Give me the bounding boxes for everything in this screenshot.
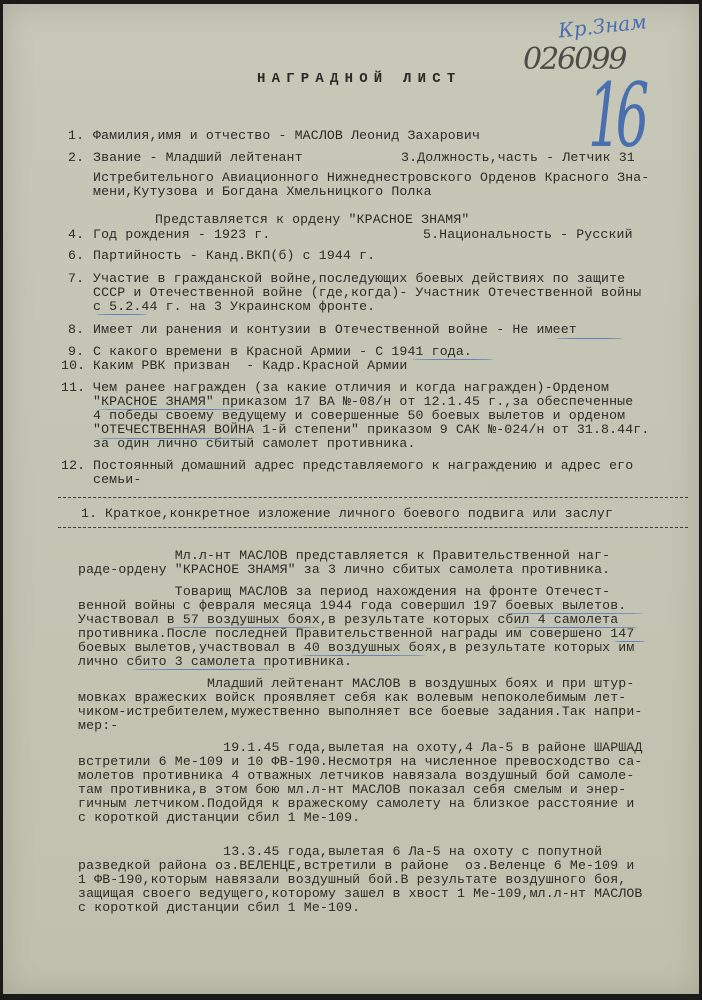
pencil-underline: [133, 669, 273, 670]
field-4-num: 4.: [68, 228, 84, 242]
field-11-line-4: "ОТЕЧЕСТВЕННАЯ ВОЙНА 1-й степени" приказ…: [93, 423, 649, 437]
field-6-party: Партийность - Канд.ВКП(б) с 1944 г.: [93, 249, 375, 263]
narrative-p5-line-5: с короткой дистанции сбил 1 Ме-109.: [78, 901, 360, 915]
pencil-underline: [556, 338, 622, 339]
field-10-drafted-by: Каким РВК призван - Кадр.Красной Армии: [93, 359, 408, 373]
field-3-num: 3.: [401, 150, 417, 165]
field-2-rank: Звание - Младший лейтенант: [93, 151, 303, 165]
field-1-full-name: Фамилия,имя и отчество - МАСЛОВ Леонид З…: [93, 129, 480, 143]
narrative-p5-line-2: разведкой района оз.ВЕЛЕНЦЕ,встретили в …: [78, 859, 634, 873]
pencil-underline: [98, 438, 248, 439]
field-5-num: 5.: [423, 227, 439, 242]
field-12-num: 12.: [61, 459, 85, 473]
field-3-unit-line-2: мени,Кутузова и Богдана Хмельницкого Пол…: [93, 185, 432, 199]
section-heading: Краткое,конкретное изложение личного бое…: [105, 507, 613, 521]
pencil-underline: [615, 641, 645, 642]
section-num: 1.: [81, 507, 97, 521]
narrative-p4-line-5: гичным летчиком.Подойдя к вражескому сам…: [78, 797, 634, 811]
narrative-p2-line-4: противника.После последней Правительстве…: [78, 627, 634, 641]
pencil-underline: [97, 314, 147, 315]
pencil-underline: [303, 655, 425, 656]
narrative-p4-line-2: встретили 6 Ме-109 и 10 ФВ-190.Несмотря …: [78, 755, 642, 769]
narrative-p3-line-4: мер:-: [78, 719, 118, 733]
field-3-position: 3.Должность,часть - Летчик 31: [401, 151, 635, 165]
narrative-p2-line-5: боевых вылетов,участвовал в 40 воздушных…: [78, 641, 634, 655]
field-9-num: 9.: [68, 345, 84, 359]
field-3-text: Должность,часть - Летчик 31: [417, 150, 635, 165]
field-11-line-5: за один лично сбитый самолет противника.: [93, 437, 416, 451]
pencil-underline: [513, 627, 638, 628]
pencil-underline: [413, 359, 493, 360]
narrative-p2-line-6: лично сбито 3 самолета противника.: [78, 655, 352, 669]
pencil-underline: [503, 613, 643, 614]
narrative-p4-line-1: 19.1.45 года,вылетая на охоту,4 Ла-5 в р…: [78, 741, 642, 755]
narrative-p3-line-1: Младший лейтенант МАСЛОВ в воздушных боя…: [78, 677, 634, 691]
narrative-p2-line-3: Участвовал в 57 воздушных боях,в результ…: [78, 613, 618, 627]
field-2-num: 2.: [68, 151, 84, 165]
field-5-text: Национальность - Русский: [439, 227, 633, 242]
narrative-p4-line-3: молетов противника 4 отважных летчиков н…: [78, 769, 634, 783]
narrative-p5-line-4: защищая своего ведущего,которому зашел в…: [78, 887, 642, 901]
field-11-line-3: 4 победы своему ведущему и совершенные 5…: [93, 409, 625, 423]
narrative-p1-line-2: раде-ордену "КРАСНОЕ ЗНАМЯ" за 3 лично с…: [78, 563, 610, 577]
award-sheet: НАГРАДНОЙ ЛИСТ Кр.Знам 026099 16 1. Фами…: [3, 4, 699, 994]
pencil-underline: [98, 409, 248, 410]
pencil-underline: [168, 627, 318, 628]
narrative-p2-line-2: венной войны с февраля месяца 1944 года …: [78, 599, 626, 613]
nomination-heading: Представляется к ордену "КРАСНОЕ ЗНАМЯ": [155, 213, 470, 227]
field-12-line-2: семьи-: [93, 473, 141, 487]
narrative-p5-line-1: 13.3.45 года,вылетая 6 Ла-5 на охоту с п…: [78, 845, 602, 859]
narrative-p5-line-3: 1 ФВ-190,которым навязали воздушный бой.…: [78, 873, 626, 887]
field-6-num: 6.: [68, 249, 84, 263]
narrative-p3-line-2: мовках вражеских войск проявляет себя ка…: [78, 691, 626, 705]
narrative-p1-line-1: Мл.л-нт МАСЛОВ представляется к Правител…: [78, 549, 610, 563]
document-title: НАГРАДНОЙ ЛИСТ: [257, 71, 461, 87]
field-8-wounds: Имеет ли ранения и контузии в Отечествен…: [93, 323, 577, 337]
narrative-p4-line-4: там противника,в этом бою мл.л-нт МАСЛОВ…: [78, 783, 626, 797]
field-11-num: 11.: [61, 381, 85, 395]
field-7-num: 7.: [68, 272, 84, 286]
field-8-num: 8.: [68, 323, 84, 337]
field-11-line-1: Чем ранее награжден (за какие отличия и …: [93, 381, 609, 395]
narrative-p3-line-3: чиком-истребителем,мужественно выполняет…: [78, 705, 642, 719]
divider-bottom: [58, 527, 688, 528]
divider-top: [58, 497, 688, 498]
handwritten-award-note: Кр.Знам: [557, 9, 648, 42]
field-9-service-since: С какого времени в Красной Армии - С 194…: [93, 345, 472, 359]
field-4-birth-year: Год рождения - 1923 г.: [93, 228, 270, 242]
narrative-p4-line-6: с короткой дистанции сбил 1 Ме-109.: [78, 811, 360, 825]
field-12-line-1: Постоянный домашний адрес представляемог…: [93, 459, 633, 473]
field-5-nationality: 5.Национальность - Русский: [423, 228, 633, 242]
field-7-line-1: Участие в гражданской войне,последующих …: [93, 272, 625, 286]
narrative-p2-line-1: Товарищ МАСЛОВ за период нахождения на ф…: [78, 585, 610, 599]
field-10-num: 10.: [61, 359, 85, 373]
field-7-line-2: СССР и Отечественной войне (где,когда)- …: [93, 286, 641, 300]
field-3-unit-line-1: Истребительного Авиационного Нижнеднестр…: [93, 171, 649, 185]
redacted-address: [143, 477, 487, 503]
field-7-line-3: с 5.2.44 г. на 3 Украинском фронте.: [93, 300, 375, 314]
field-11-line-2: "КРАСНОЕ ЗНАМЯ" приказом 17 ВА №-08/н от…: [93, 395, 633, 409]
field-1-num: 1.: [68, 129, 84, 143]
